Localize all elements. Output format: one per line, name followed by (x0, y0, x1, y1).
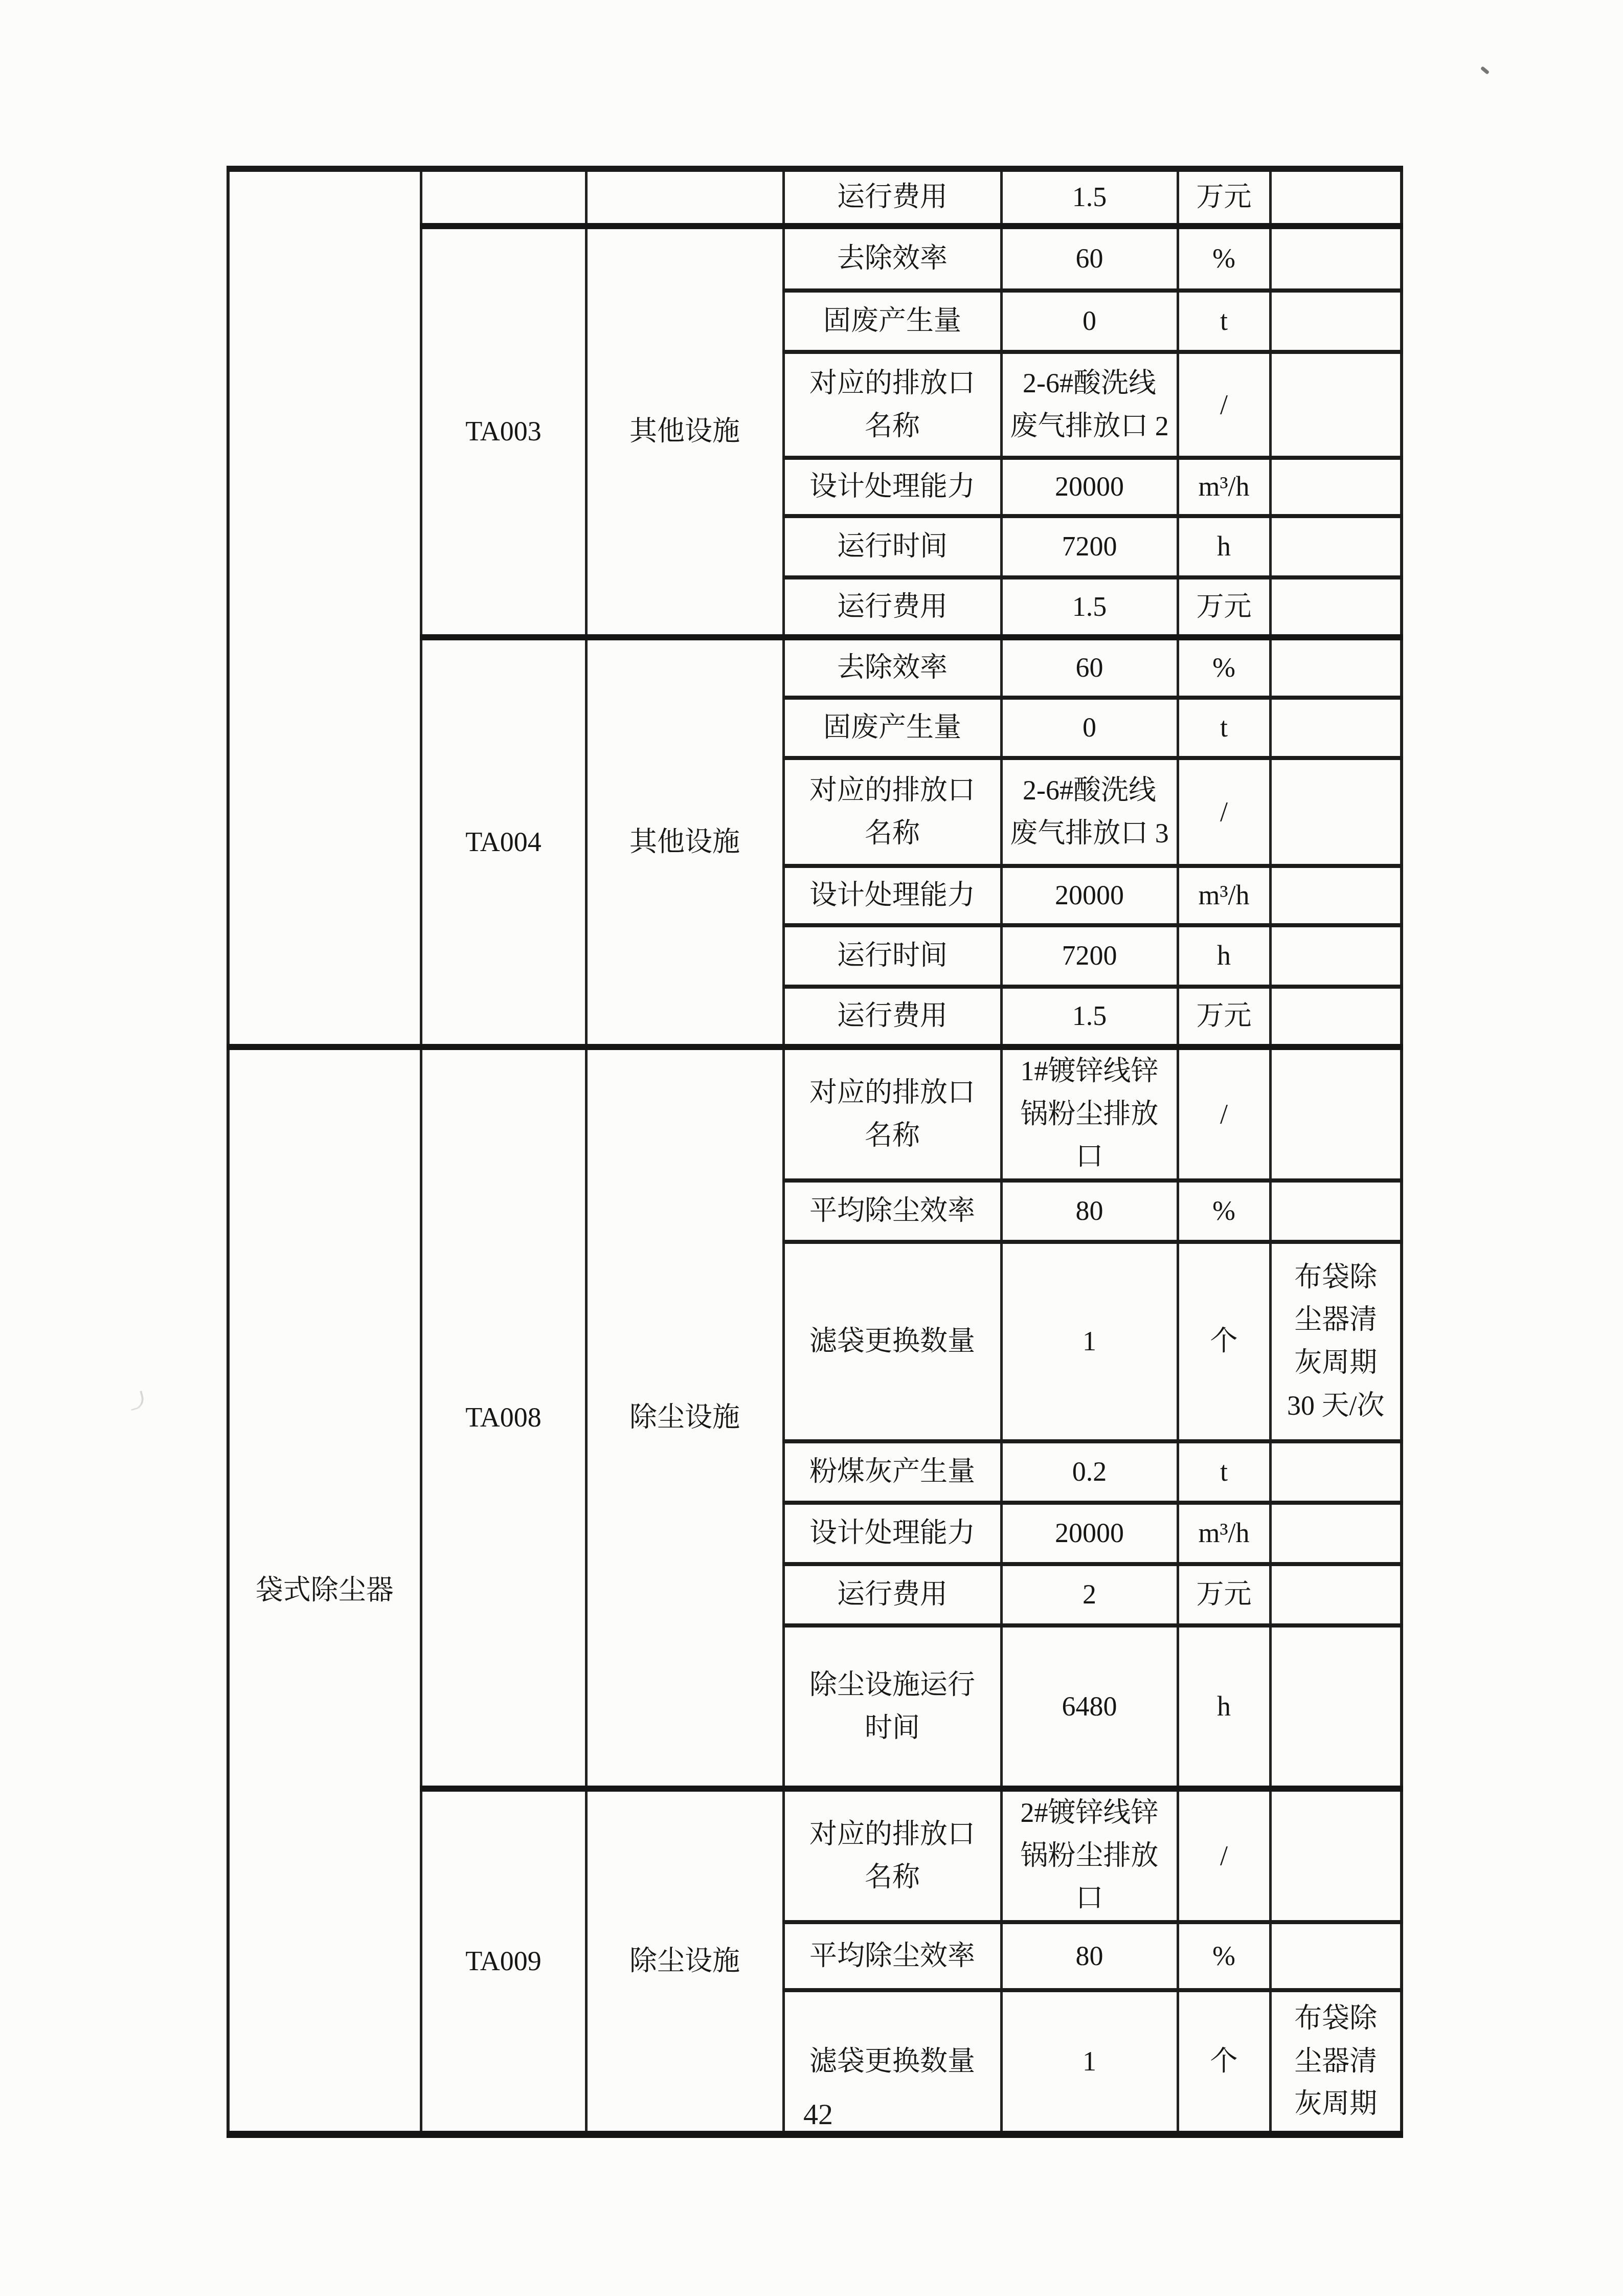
unit-cell: % (1178, 226, 1270, 291)
facility-parameters-table: 运行费用 1.5 万元 TA003 其他设施 去除效率 60 % 固废产生量 0… (227, 166, 1403, 2138)
remark-cell (1270, 1625, 1402, 1789)
param-cell: 去除效率 (783, 637, 1001, 698)
param-cell: 粉煤灰产生量 (783, 1441, 1001, 1503)
unit-cell: h (1178, 1625, 1270, 1789)
param-cell: 平均除尘效率 (783, 1922, 1001, 1990)
facility-id-cell (421, 169, 586, 226)
value-cell: 6480 (1001, 1625, 1178, 1789)
value-cell: 2#镀锌线锌 锅粉尘排放 口 (1001, 1789, 1178, 1922)
scan-speck (1480, 66, 1490, 75)
value-cell: 80 (1001, 1180, 1178, 1242)
facility-id-cell: TA009 (421, 1789, 586, 2134)
facility-type-cell (586, 169, 783, 226)
param-cell: 对应的排放口 名称 (783, 352, 1001, 458)
remark-cell (1270, 758, 1402, 866)
unit-cell: 万元 (1178, 1564, 1270, 1625)
value-cell: 80 (1001, 1922, 1178, 1990)
param-cell: 运行费用 (783, 577, 1001, 637)
param-cell: 运行时间 (783, 925, 1001, 987)
value-cell: 1.5 (1001, 577, 1178, 637)
value-cell: 2-6#酸洗线 废气排放口 3 (1001, 758, 1178, 866)
param-cell: 运行时间 (783, 516, 1001, 577)
table-row: 运行费用 1.5 万元 (228, 169, 1402, 226)
value-cell: 7200 (1001, 925, 1178, 987)
remark-cell (1270, 458, 1402, 516)
remark-cell (1270, 516, 1402, 577)
unit-cell: / (1178, 1047, 1270, 1180)
facility-id-cell: TA003 (421, 226, 586, 637)
remark-cell (1270, 226, 1402, 291)
remark-cell (1270, 866, 1402, 925)
remark-cell (1270, 1180, 1402, 1242)
unit-cell: m³/h (1178, 458, 1270, 516)
page-number: 42 (777, 2097, 859, 2131)
remark-cell (1270, 1922, 1402, 1990)
value-cell: 1 (1001, 1242, 1178, 1441)
table-row: 袋式除尘器 TA008 除尘设施 对应的排放口 名称 1#镀锌线锌 锅粉尘排放 … (228, 1047, 1402, 1180)
unit-cell: m³/h (1178, 1503, 1270, 1564)
value-cell: 2 (1001, 1564, 1178, 1625)
remark-cell (1270, 1047, 1402, 1180)
unit-cell: t (1178, 291, 1270, 352)
unit-cell: h (1178, 516, 1270, 577)
value-cell: 20000 (1001, 458, 1178, 516)
unit-cell: 万元 (1178, 987, 1270, 1047)
remark-cell (1270, 169, 1402, 226)
remark-cell (1270, 925, 1402, 987)
remark-cell (1270, 1564, 1402, 1625)
param-cell: 设计处理能力 (783, 866, 1001, 925)
value-cell: 1.5 (1001, 169, 1178, 226)
unit-cell: 个 (1178, 1242, 1270, 1441)
unit-cell: % (1178, 637, 1270, 698)
value-cell: 1#镀锌线锌 锅粉尘排放 口 (1001, 1047, 1178, 1180)
value-cell: 20000 (1001, 1503, 1178, 1564)
unit-cell: t (1178, 1441, 1270, 1503)
value-cell: 0 (1001, 698, 1178, 758)
remark-cell (1270, 291, 1402, 352)
remark-cell (1270, 987, 1402, 1047)
unit-cell: t (1178, 698, 1270, 758)
param-cell: 设计处理能力 (783, 1503, 1001, 1564)
value-cell: 7200 (1001, 516, 1178, 577)
param-cell: 对应的排放口 名称 (783, 758, 1001, 866)
param-cell: 平均除尘效率 (783, 1180, 1001, 1242)
unit-cell: h (1178, 925, 1270, 987)
scan-speck (127, 1391, 146, 1411)
param-cell: 运行费用 (783, 1564, 1001, 1625)
unit-cell: % (1178, 1180, 1270, 1242)
device-group-cell: 袋式除尘器 (228, 1047, 421, 2134)
facility-type-cell: 除尘设施 (586, 1047, 783, 1789)
unit-cell: 万元 (1178, 169, 1270, 226)
param-cell: 除尘设施运行 时间 (783, 1625, 1001, 1789)
remark-cell (1270, 1441, 1402, 1503)
unit-cell: / (1178, 758, 1270, 866)
remark-cell: 布袋除 尘器清 灰周期 30 天/次 (1270, 1242, 1402, 1441)
unit-cell: % (1178, 1922, 1270, 1990)
facility-type-cell: 除尘设施 (586, 1789, 783, 2134)
param-cell: 滤袋更换数量 (783, 1242, 1001, 1441)
value-cell: 2-6#酸洗线 废气排放口 2 (1001, 352, 1178, 458)
param-cell: 对应的排放口 名称 (783, 1789, 1001, 1922)
unit-cell: 万元 (1178, 577, 1270, 637)
document-page: 运行费用 1.5 万元 TA003 其他设施 去除效率 60 % 固废产生量 0… (0, 0, 1623, 2296)
facility-type-cell: 其他设施 (586, 637, 783, 1047)
value-cell: 60 (1001, 637, 1178, 698)
param-cell: 固废产生量 (783, 698, 1001, 758)
remark-cell (1270, 1503, 1402, 1564)
value-cell: 0 (1001, 291, 1178, 352)
value-cell: 0.2 (1001, 1441, 1178, 1503)
param-cell: 固废产生量 (783, 291, 1001, 352)
unit-cell: 个 (1178, 1990, 1270, 2134)
remark-cell (1270, 577, 1402, 637)
facility-type-cell: 其他设施 (586, 226, 783, 637)
value-cell: 60 (1001, 226, 1178, 291)
unit-cell: m³/h (1178, 866, 1270, 925)
facility-id-cell: TA004 (421, 637, 586, 1047)
remark-cell (1270, 637, 1402, 698)
value-cell: 20000 (1001, 866, 1178, 925)
param-cell: 对应的排放口 名称 (783, 1047, 1001, 1180)
value-cell: 1 (1001, 1990, 1178, 2134)
param-cell: 运行费用 (783, 169, 1001, 226)
remark-cell: 布袋除 尘器清 灰周期 (1270, 1990, 1402, 2134)
facility-id-cell: TA008 (421, 1047, 586, 1789)
param-cell: 设计处理能力 (783, 458, 1001, 516)
param-cell: 运行费用 (783, 987, 1001, 1047)
group-spacer-cell (228, 169, 421, 1047)
remark-cell (1270, 698, 1402, 758)
remark-cell (1270, 1789, 1402, 1922)
unit-cell: / (1178, 1789, 1270, 1922)
param-cell: 去除效率 (783, 226, 1001, 291)
unit-cell: / (1178, 352, 1270, 458)
value-cell: 1.5 (1001, 987, 1178, 1047)
remark-cell (1270, 352, 1402, 458)
